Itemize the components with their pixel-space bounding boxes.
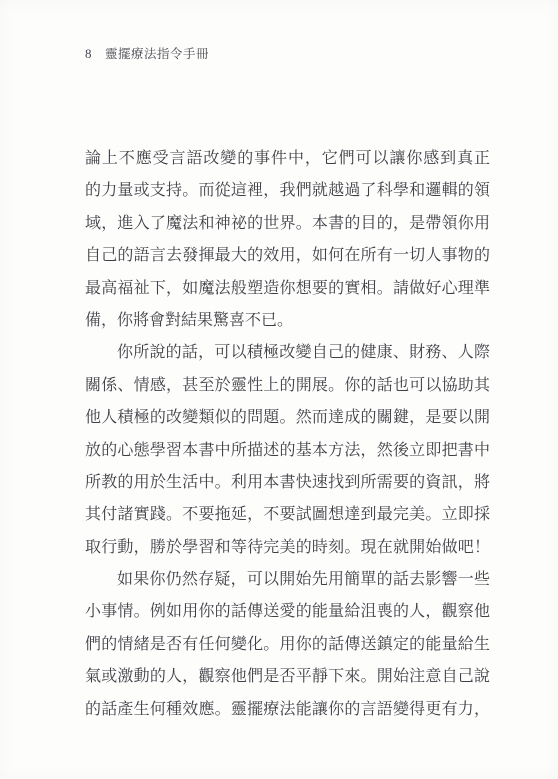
body-line: 放的心態學習本書中所描述的基本方法，然後立即把書中 [85,435,490,467]
body-line: 們的情緒是否有任何變化。用你的話傳送鎮定的能量給生 [85,629,490,661]
body-line: 備，你將會對結果驚喜不已。 [85,305,490,337]
body-line: 他人積極的改變類似的問題。然而達成的關鍵，是要以開 [85,402,490,434]
page-body: 論上不應受言語改變的事件中，它們可以讓你感到真正 的力量或支持。而從這裡，我們就… [85,143,490,726]
body-line: 的力量或支持。而從這裡，我們就越過了科學和邏輯的領 [85,175,490,207]
body-line: 自己的語言去發揮最大的效用，如何在所有一切人事物的 [85,240,490,272]
body-line: 的話產生何種效應。靈擺療法能讓你的言語變得更有力， [85,694,490,726]
body-line: 所教的用於生活中。利用本書快速找到所需要的資訊，將 [85,467,490,499]
running-title: 靈擺療法指令手冊 [105,44,209,62]
book-page: 8 靈擺療法指令手冊 論上不應受言語改變的事件中，它們可以讓你感到真正 的力量或… [0,0,558,779]
body-line: 你所說的話，可以積極改變自己的健康、財務、人際 [85,337,490,369]
body-line: 域，進入了魔法和神祕的世界。本書的目的，是帶領你用 [85,208,490,240]
body-line: 小事情。例如用你的話傳送愛的能量給沮喪的人，觀察他 [85,596,490,628]
body-line: 最高福祉下，如魔法般塑造你想要的實相。請做好心理準 [85,273,490,305]
body-line: 論上不應受言語改變的事件中，它們可以讓你感到真正 [85,143,490,175]
body-line: 取行動，勝於學習和等待完美的時刻。現在就開始做吧！ [85,532,490,564]
page-number: 8 [85,46,92,62]
body-line: 氣或激動的人，觀察他們是否平靜下來。開始注意自己說 [85,661,490,693]
body-line: 如果你仍然存疑，可以開始先用簡單的話去影響一些 [85,564,490,596]
body-line: 其付諸實踐。不要拖延，不要試圖想達到最完美。立即採 [85,499,490,531]
running-header: 8 靈擺療法指令手冊 [85,44,209,62]
body-line: 關係、情感，甚至於靈性上的開展。你的話也可以協助其 [85,370,490,402]
